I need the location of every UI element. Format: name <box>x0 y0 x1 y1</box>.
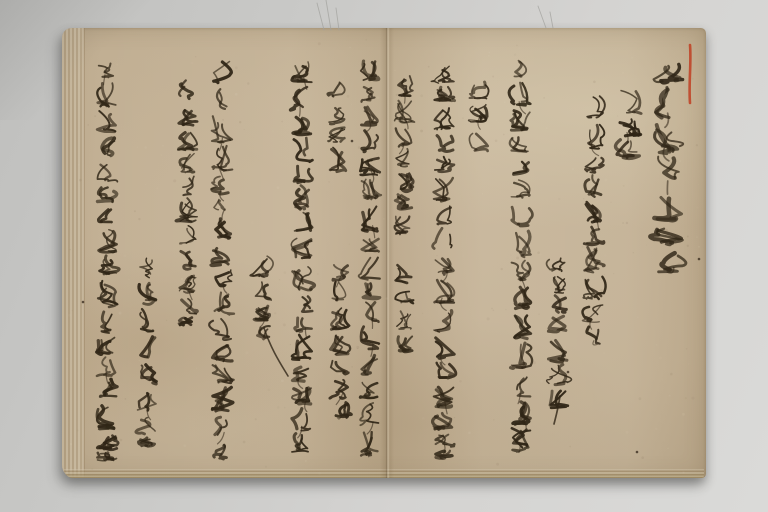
binding-threads <box>317 0 553 30</box>
page-edges-left <box>62 28 85 478</box>
page-right <box>387 28 706 478</box>
page-left <box>62 28 387 478</box>
page-edges-bottom <box>64 469 704 478</box>
photo-background: 續千載抄哥世 (title)秘抄上惟明親王山遠赤人星合宿の… <box>0 0 768 512</box>
manuscript-book <box>62 28 706 478</box>
center-fold <box>380 28 394 478</box>
